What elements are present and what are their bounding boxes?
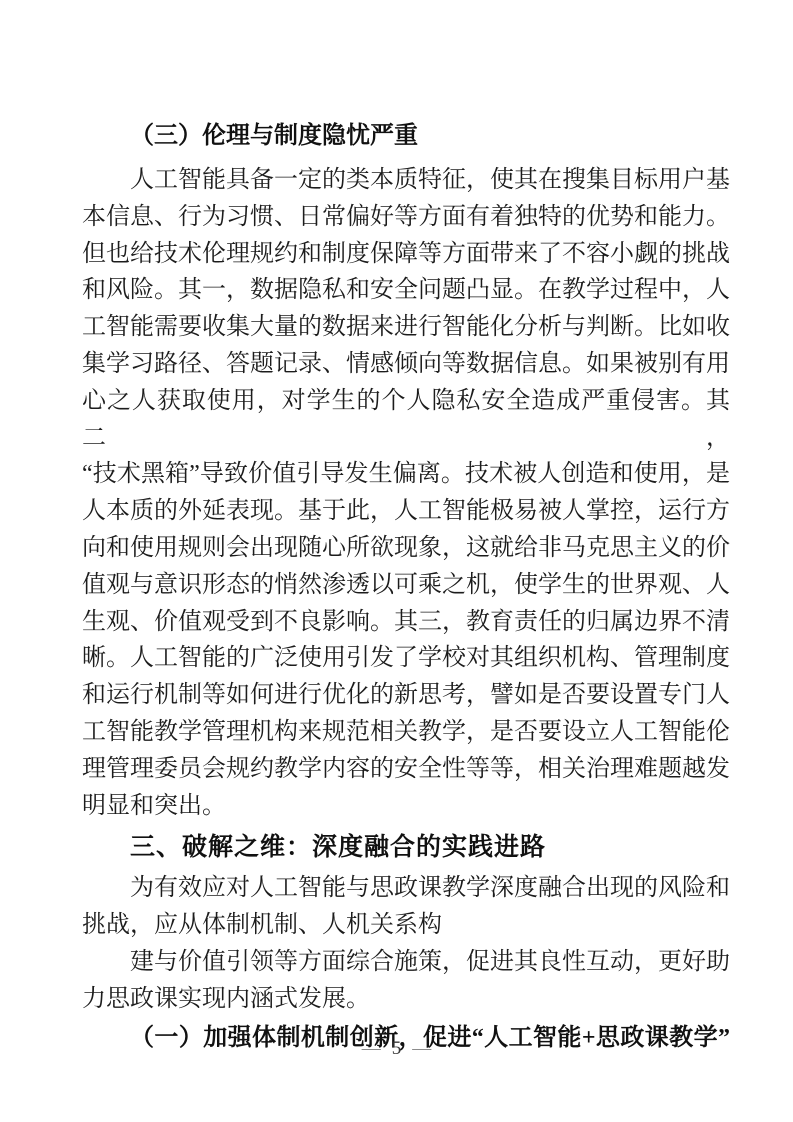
- text-line: 集学习路径、答题记录、情感倾向等数据信息。如果被别有用: [82, 346, 730, 383]
- text-line: 本信息、行为习惯、日常偏好等方面有着独特的优势和能力。: [82, 199, 730, 236]
- text-line: 理管理委员会规约教学内容的安全性等等，相关治理难题越发: [82, 751, 730, 788]
- section-heading-ethics-risks: （三）伦理与制度隐忧严重: [82, 116, 730, 156]
- text-line: 但也给技术伦理规约和制度保障等方面带来了不容小觑的挑战: [82, 236, 730, 273]
- text-line: 明显和突出。: [82, 788, 730, 825]
- footer-dash-right: —: [412, 1038, 431, 1059]
- page-number: 5: [392, 1038, 402, 1059]
- page-footer: —5—: [0, 1038, 793, 1060]
- text-line: 工智能需要收集大量的数据来进行智能化分析与判断。比如收: [82, 309, 730, 346]
- paragraph-ethics-risks: 人工智能具备一定的类本质特征，使其在搜集目标用户基 本信息、行为习惯、日常偏好等…: [82, 162, 730, 824]
- text-line: 心之人获取使用，对学生的个人隐私安全造成严重侵害。其二，: [82, 383, 730, 457]
- paragraph-practice-path: 为有效应对人工智能与思政课教学深度融合出现的风险和 挑战，应从体制机制、人机关系…: [82, 870, 730, 1017]
- text-line: 值观与意识形态的悄然渗透以可乘之机，使学生的世界观、人: [82, 567, 730, 604]
- text-line: 晰。人工智能的广泛使用引发了学校对其组织机构、管理制度: [82, 640, 730, 677]
- text-line: 挑战，应从体制机制、人机关系构: [82, 907, 730, 944]
- text-line: 为有效应对人工智能与思政课教学深度融合出现的风险和: [82, 870, 730, 907]
- section-heading-part3: 三、破解之维：深度融合的实践进路: [82, 826, 730, 868]
- text-line: 建与价值引领等方面综合施策，促进其良性互动，更好助: [82, 944, 730, 981]
- document-page: （三）伦理与制度隐忧严重 人工智能具备一定的类本质特征，使其在搜集目标用户基 本…: [0, 0, 793, 1122]
- text-line: 力思政课实现内涵式发展。: [82, 981, 730, 1018]
- text-line: 和风险。其一，数据隐私和安全问题凸显。在教学过程中，人: [82, 272, 730, 309]
- text-line: 人工智能具备一定的类本质特征，使其在搜集目标用户基: [82, 162, 730, 199]
- text-line: 向和使用规则会出现随心所欲现象，这就给非马克思主义的价: [82, 530, 730, 567]
- text-line: 人本质的外延表现。基于此，人工智能极易被人掌控，运行方: [82, 493, 730, 530]
- text-line: “技术黑箱”导致价值引导发生偏离。技术被人创造和使用，是: [82, 456, 730, 493]
- text-line: 生观、价值观受到不良影响。其三，教育责任的归属边界不清: [82, 604, 730, 641]
- text-line: 工智能教学管理机构来规范相关教学，是否要设立人工智能伦: [82, 714, 730, 751]
- footer-dash-left: —: [362, 1038, 381, 1059]
- text-line: 和运行机制等如何进行优化的新思考，譬如是否要设置专门人: [82, 677, 730, 714]
